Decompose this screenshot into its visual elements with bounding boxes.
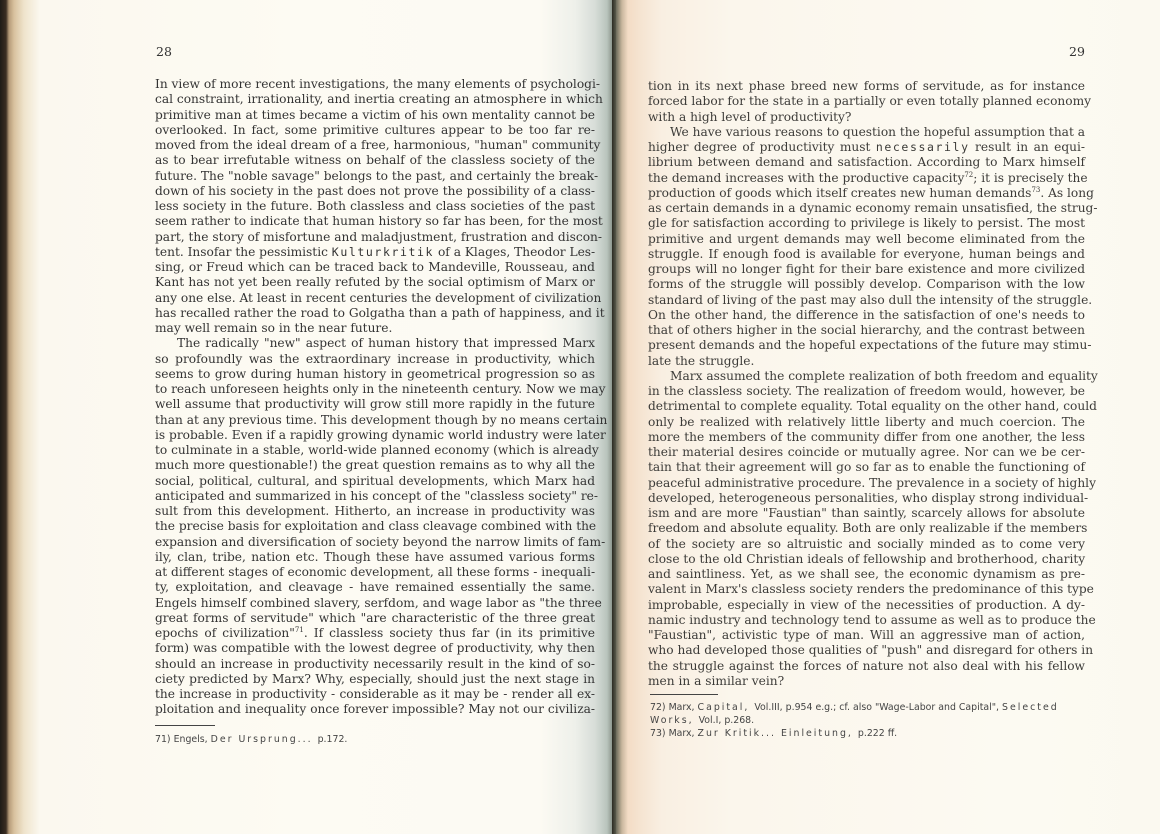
text-line: in the classless society. The realizatio…: [648, 384, 1085, 399]
text-line: has recalled rather the road to Golgatha…: [155, 306, 595, 321]
text-line: epochs of civilization"71. If classless …: [155, 626, 595, 641]
text-line: any one else. At least in recent centuri…: [155, 291, 595, 306]
text-line: tent. Insofar the pessimistic Kulturkrit…: [155, 245, 595, 260]
text-line: ciety predicted by Marx? Why, especially…: [155, 672, 595, 687]
text-line: less society in the future. Both classle…: [155, 199, 595, 214]
text-line: social, political, cultural, and spiritu…: [155, 474, 595, 489]
text-line: tion in its next phase breed new forms o…: [648, 79, 1085, 94]
text-line: much more questionable!) the great quest…: [155, 458, 595, 473]
text-line: Engels himself combined slavery, serfdom…: [155, 596, 595, 611]
text-line: sult from this development. Hitherto, an…: [155, 504, 595, 519]
text-line: to reach unforeseen heights only in the …: [155, 382, 595, 397]
text-line: tain that their agreement will go so far…: [648, 460, 1085, 475]
left-page-footnotes: 71) Engels, Der Ursprung... p.172.: [155, 733, 595, 746]
book-spread: 28 29 In view of more recent investigati…: [0, 0, 1160, 834]
text-line: ploitation and inequality once forever i…: [155, 702, 595, 717]
text-line: cal constraint, irrationality, and inert…: [155, 92, 595, 107]
text-line: sing, or Freud which can be traced back …: [155, 260, 595, 275]
text-line: late the struggle.: [648, 354, 1085, 369]
text-line: seem rather to indicate that human histo…: [155, 214, 595, 229]
text-line: seems to grow during human history in ge…: [155, 367, 595, 382]
text-line: future. The "noble savage" belongs to th…: [155, 169, 595, 184]
text-line: Marx assumed the complete realization of…: [648, 369, 1085, 384]
text-line: groups will no longer fight for their ba…: [648, 262, 1085, 277]
text-line: overlooked. In fact, some primitive cult…: [155, 123, 595, 138]
text-line: is probable. Even if a rapidly growing d…: [155, 428, 595, 443]
text-line: may well remain so in the near future.: [155, 321, 595, 336]
text-line: expansion and diversification of society…: [155, 535, 595, 550]
text-line: forced labor for the state in a partiall…: [648, 94, 1085, 109]
text-line: and saintliness. Yet, as we shall see, t…: [648, 567, 1085, 582]
text-line: well assume that productivity will grow …: [155, 397, 595, 412]
text-line: form) was compatible with the lowest deg…: [155, 641, 595, 656]
text-line: librium between demand and satisfaction.…: [648, 155, 1085, 170]
text-line: On the other hand, the difference in the…: [648, 308, 1085, 323]
page-number-right: 29: [1069, 44, 1085, 59]
footnote-reference: 72: [964, 171, 973, 179]
text-line: at different stages of economic developm…: [155, 565, 595, 580]
footnote: 71) Engels, Der Ursprung... p.172.: [155, 733, 595, 746]
emphasized-term: Kulturkritik: [332, 245, 434, 259]
text-line: the increase in productivity - considera…: [155, 687, 595, 702]
footnote-divider-right: [650, 694, 718, 695]
text-line: to culminate in a stable, world-wide pla…: [155, 443, 595, 458]
right-page-footnotes: 72) Marx, Capital, Vol.III, p.954 e.g.; …: [650, 701, 1090, 740]
text-line: gle for satisfaction according to privil…: [648, 216, 1085, 231]
text-line: part, the story of misfortune and maladj…: [155, 230, 595, 245]
text-line: more the members of the community differ…: [648, 430, 1085, 445]
text-line: ily, clan, tribe, nation etc. Though the…: [155, 550, 595, 565]
text-line: so profoundly was the extraordinary incr…: [155, 352, 595, 367]
text-line: that of others higher in the social hier…: [648, 323, 1085, 338]
text-line: primitive and urgent demands may well be…: [648, 232, 1085, 247]
right-page-body-text: tion in its next phase breed new forms o…: [648, 79, 1085, 689]
text-line: struggle. If enough food is available fo…: [648, 247, 1085, 262]
text-line: "Faustian", activistic type of man. Will…: [648, 628, 1085, 643]
text-line: ism and are more "Faustian" than saintly…: [648, 506, 1085, 521]
text-line: Kant has not yet been really refuted by …: [155, 275, 595, 290]
text-line: ty, exploitation, and cleavage - have re…: [155, 580, 595, 595]
text-line: We have various reasons to question the …: [648, 125, 1085, 140]
text-line: great forms of servitude" which "are cha…: [155, 611, 595, 626]
text-line: valent in Marx's classless society rende…: [648, 582, 1085, 597]
text-line: men in a similar vein?: [648, 674, 1085, 689]
text-line: close to the old Christian ideals of fel…: [648, 552, 1085, 567]
text-line: than at any previous time. This developm…: [155, 413, 595, 428]
book-gutter: [612, 0, 616, 834]
text-line: In view of more recent investigations, t…: [155, 77, 595, 92]
text-line: anticipated and summarized in his concep…: [155, 489, 595, 504]
text-line: the demand increases with the productive…: [648, 171, 1085, 186]
text-line: present demands and the hopeful expectat…: [648, 338, 1085, 353]
text-line: their material desires coincide or mutua…: [648, 445, 1085, 460]
text-line: as certain demands in a dynamic economy …: [648, 201, 1085, 216]
footnote: 72) Marx, Capital, Vol.III, p.954 e.g.; …: [650, 701, 1090, 714]
text-line: the precise basis for exploitation and c…: [155, 519, 595, 534]
text-line: forms of the struggle will possibly deve…: [648, 277, 1085, 292]
page-number-left: 28: [156, 44, 172, 59]
text-line: who had developed those qualities of "pu…: [648, 643, 1085, 658]
text-line: with a high level of productivity?: [648, 110, 1085, 125]
footnote: Works, Vol.I, p.268.: [650, 714, 1090, 727]
text-line: primitive man at times became a victim o…: [155, 108, 595, 123]
footnote: 73) Marx, Zur Kritik... Einleitung, p.22…: [650, 727, 1090, 740]
text-line: should an increase in productivity neces…: [155, 657, 595, 672]
text-line: The radically "new" aspect of human hist…: [155, 336, 595, 351]
text-line: namic industry and technology tend to as…: [648, 613, 1085, 628]
text-line: only be realized with relatively little …: [648, 415, 1085, 430]
text-line: developed, heterogeneous personalities, …: [648, 491, 1085, 506]
text-line: of the society are so altruistic and soc…: [648, 537, 1085, 552]
text-line: down of his society in the past does not…: [155, 184, 595, 199]
text-line: standard of living of the past may also …: [648, 293, 1085, 308]
emphasized-term: necessarily: [876, 140, 970, 154]
text-line: moved from the ideal dream of a free, ha…: [155, 138, 595, 153]
text-line: peaceful administrative procedure. The p…: [648, 476, 1085, 491]
text-line: freedom and absolute equality. Both are …: [648, 521, 1085, 536]
text-line: higher degree of productivity must neces…: [648, 140, 1085, 155]
text-line: detrimental to complete equality. Total …: [648, 399, 1085, 414]
text-line: improbable, especially in view of the ne…: [648, 598, 1085, 613]
text-line: production of goods which itself creates…: [648, 186, 1085, 201]
text-line: as to bear irrefutable witness on behalf…: [155, 153, 595, 168]
footnote-divider-left: [155, 725, 215, 726]
left-page-body-text: In view of more recent investigations, t…: [155, 77, 595, 718]
text-line: the struggle against the forces of natur…: [648, 659, 1085, 674]
footnote-reference: 71: [295, 626, 304, 634]
